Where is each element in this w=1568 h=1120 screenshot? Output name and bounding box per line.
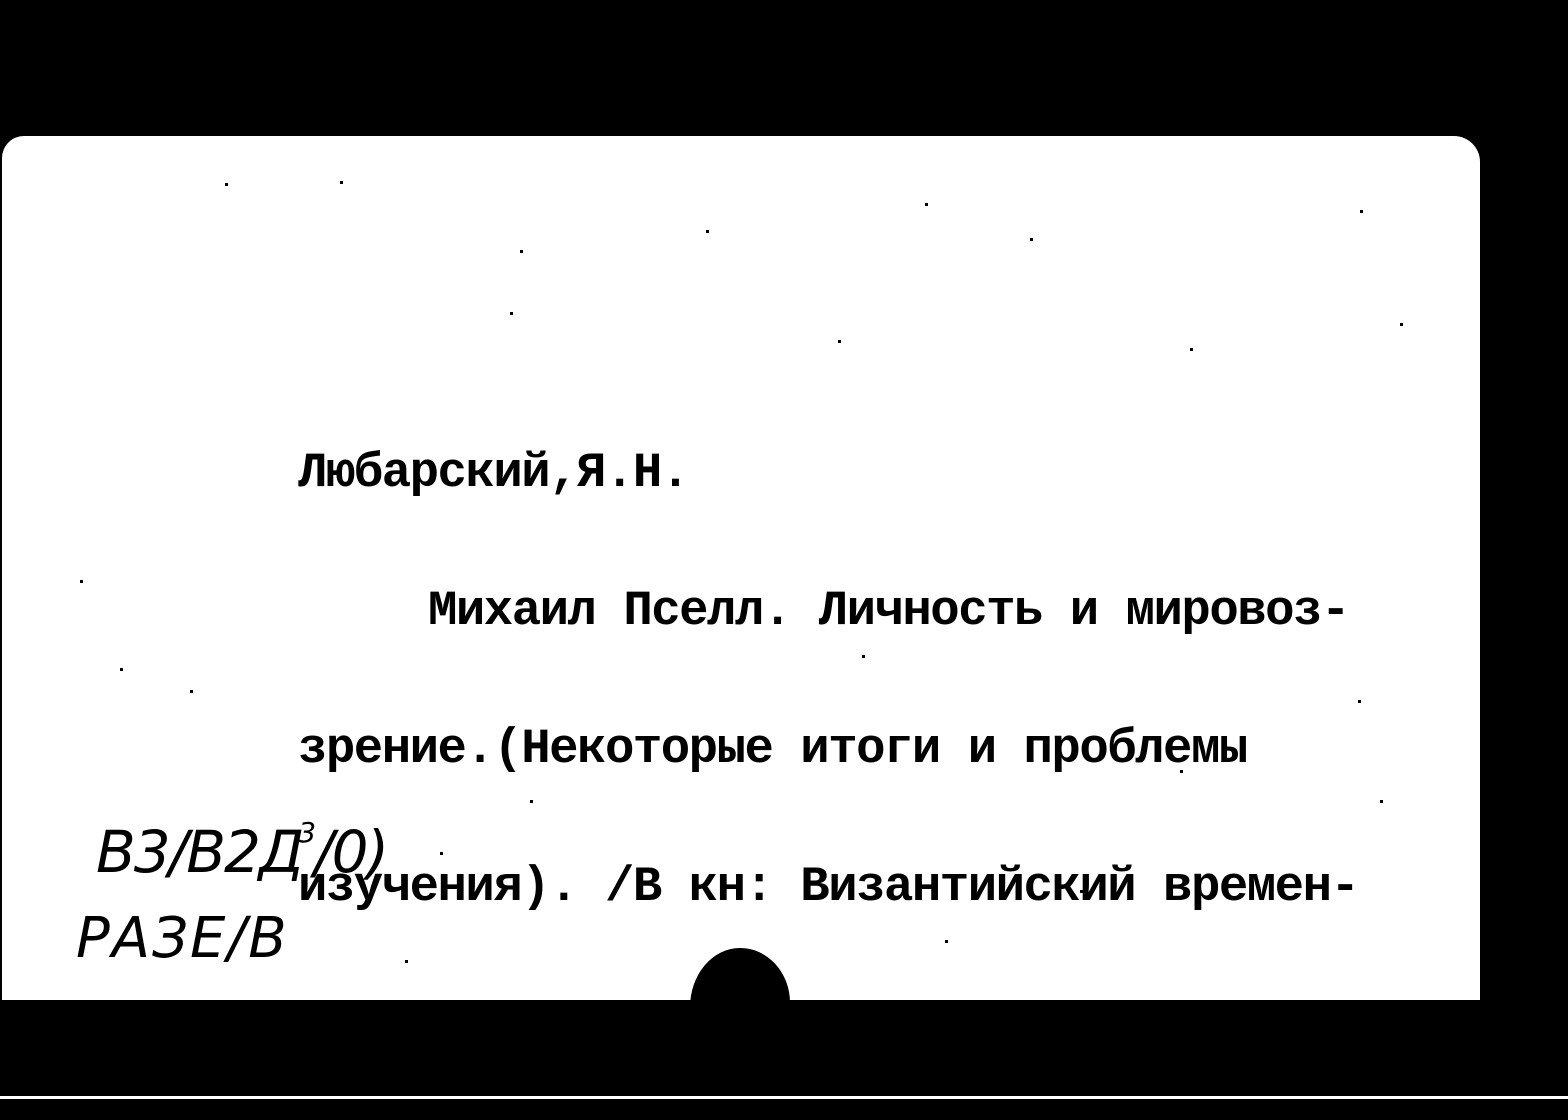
source-line-2: ник, т.30, М., 1969, стр. 73-94./ [298, 1002, 1358, 1048]
scan-speck [1360, 210, 1363, 213]
shelf-mark-tail: /0) [314, 818, 387, 886]
scan-speck [1380, 800, 1383, 803]
title-line-2: зрение.(Некоторые итоги и проблемы [298, 726, 1358, 772]
scan-speck [530, 800, 533, 803]
scan-speck [405, 960, 408, 963]
title-line-1: Михаил Пселл. Личность и мировоз- [298, 588, 1358, 634]
scan-speck [510, 312, 513, 315]
handwritten-shelf-mark: В3/В2Д3/0) [96, 818, 387, 886]
source-line-1: изучения). /В кн: Византийский времен- [298, 864, 1358, 910]
scan-speck [340, 181, 343, 184]
shelf-mark-main: В3/В2Д [96, 818, 302, 886]
scan-speck [838, 340, 841, 343]
scan-speck [945, 940, 948, 943]
scan-speck [1180, 770, 1183, 773]
scan-speck [1030, 238, 1033, 241]
scan-speck [925, 203, 928, 206]
scan-speck [225, 183, 228, 186]
scan-speck [1400, 323, 1403, 326]
scan-speck [1358, 700, 1361, 703]
handwritten-section-mark: РАЗЕ/В [76, 906, 289, 971]
author-line: Любарский,Я.Н. [298, 450, 1358, 496]
scan-speck [1190, 348, 1193, 351]
shelf-mark-superscript: 3 [298, 816, 314, 849]
scan-speck [440, 852, 443, 855]
scan-speck [1080, 890, 1083, 893]
catalog-entry-text: Любарский,Я.Н. Михаил Пселл. Личность и … [298, 358, 1358, 1094]
scan-speck [520, 250, 523, 253]
scan-speck [80, 580, 83, 583]
scan-speck [190, 690, 193, 693]
scan-speck [120, 668, 123, 671]
scan-speck [706, 230, 709, 233]
scan-edge-line [0, 1096, 1568, 1099]
scan-speck [862, 655, 865, 658]
